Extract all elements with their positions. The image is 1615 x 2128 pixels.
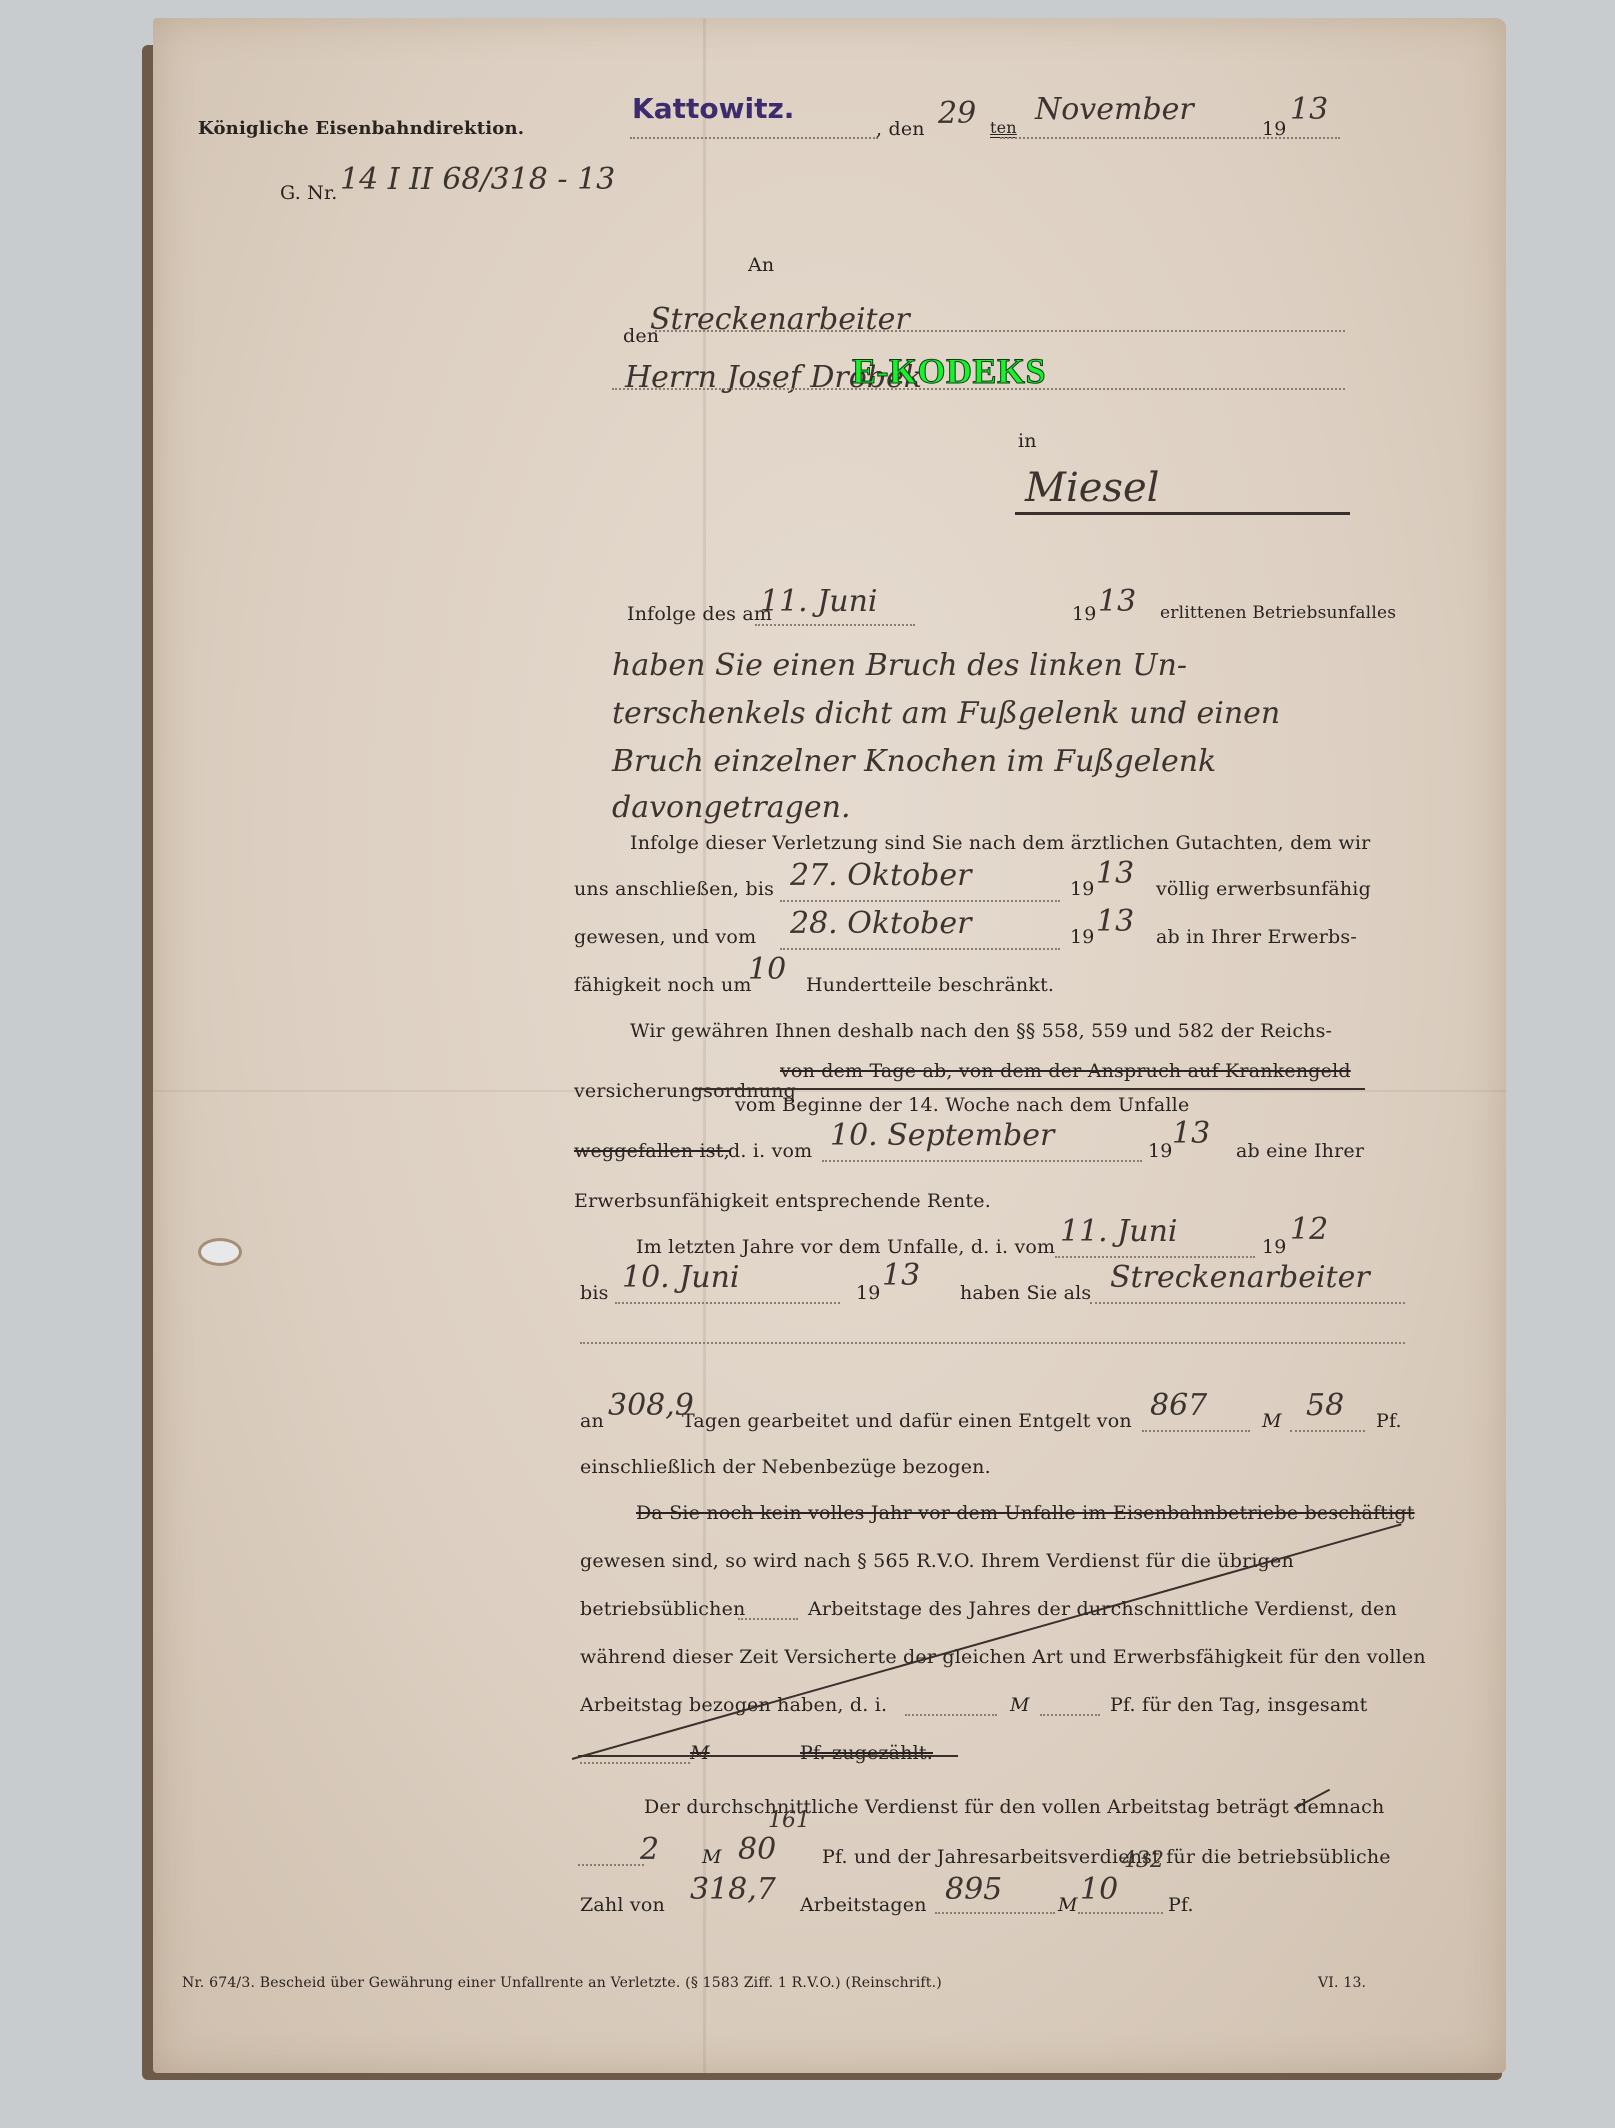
days-worked: 308,9 [608, 1388, 694, 1423]
period-to-line [615, 1302, 840, 1304]
fraction-line [695, 1088, 1365, 1090]
earnings-pf-line [1290, 1430, 1365, 1432]
place-underline [1015, 512, 1350, 515]
accident-date-line [755, 624, 915, 626]
blank-line [580, 1342, 1405, 1344]
daily-mark: 2 [640, 1832, 659, 1867]
from-date-line [780, 948, 1060, 950]
form-version: VI. 13. [1318, 1975, 1366, 1991]
mark-symbol: M [1262, 1410, 1282, 1432]
pf-label: Pf. [1376, 1410, 1402, 1432]
injury-line-3: Bruch einzelner Knochen im Fußgelenk [612, 744, 1216, 779]
p3-year-printed: 19 [1148, 1140, 1173, 1162]
p6-line1: Der durchschnittliche Verdienst für den … [644, 1796, 1384, 1818]
date-month: November [1035, 92, 1194, 127]
place-line [630, 137, 878, 139]
p1-suffix: erlittenen Betriebsunfalles [1160, 603, 1396, 623]
p5-mark-symbol: M [1010, 1694, 1030, 1716]
authority-heading: Königliche Eisenbahndirektion. [198, 118, 524, 139]
p5-line6-suffix: Pf. zugezählt. [800, 1742, 933, 1764]
from-date: 28. Oktober [790, 906, 971, 941]
date-year-written: 13 [1290, 92, 1328, 127]
to-label: An [748, 254, 774, 276]
p4-line3-prefix: an [580, 1410, 604, 1432]
p4-line2-prefix: bis [580, 1282, 609, 1304]
date-prefix: , den [876, 118, 925, 140]
p2-year-printed-1: 19 [1070, 878, 1095, 900]
until-year: 13 [1096, 856, 1134, 891]
worker-occupation: Streckenarbeiter [1110, 1260, 1370, 1295]
p1-year-written: 13 [1098, 584, 1136, 619]
from-year: 13 [1096, 904, 1134, 939]
annual-pf-fraction: 432 [1122, 1848, 1164, 1873]
p5-blank-pf [1040, 1714, 1100, 1716]
occupation-line [655, 330, 1345, 332]
pension-date-line [822, 1160, 1142, 1162]
p5-line5-suffix: Pf. für den Tag, insgesamt [1110, 1694, 1367, 1716]
reduction-percent: 10 [748, 952, 786, 987]
p2-line1: Infolge dieser Verletzung sind Sie nach … [630, 832, 1370, 854]
p2-year-printed-2: 19 [1070, 926, 1095, 948]
fold-crease-horizontal [153, 1090, 1506, 1092]
watermark-logo: E-KODEKS [852, 350, 1046, 392]
pension-date: 10. September [830, 1118, 1054, 1153]
file-number: 14 I II 68/318 - 13 [340, 162, 615, 197]
p6-line2-suffix: Pf. und der Jahresarbeitsverdienst für d… [822, 1846, 1391, 1868]
date-suffix: ten [990, 118, 1017, 137]
occupation-line-2 [1090, 1302, 1405, 1304]
p5-total-mark-symbol: M [690, 1742, 710, 1764]
p6-mark-symbol: M [702, 1846, 722, 1868]
period-to-date: 10. Juni [622, 1260, 740, 1295]
period-from-line [1055, 1256, 1255, 1258]
punch-hole [198, 1238, 242, 1266]
date-line [1000, 137, 1340, 139]
struck-clause: von dem Tage ab, von dem der Anspruch au… [780, 1060, 1351, 1082]
struck-clause-2: weggefallen ist, [574, 1140, 730, 1162]
p4-line1-prefix: Im letzten Jahre vor dem Unfalle, d. i. … [636, 1236, 1055, 1258]
alt-clause: vom Beginne der 14. Woche nach dem Unfal… [735, 1094, 1189, 1116]
p4-line3-mid: Tagen gearbeitet und dafür einen Entgelt… [682, 1410, 1132, 1432]
p1-year-printed: 19 [1072, 603, 1097, 625]
p6-mark-symbol-2: M [1058, 1894, 1078, 1916]
injury-line-1: haben Sie einen Bruch des linken Un- [612, 648, 1187, 683]
p2-line4-prefix: fähigkeit noch um [574, 974, 752, 996]
p2-line4-suffix: Hundertteile beschränkt. [806, 974, 1054, 996]
recipient-place: Miesel [1025, 465, 1159, 511]
until-date: 27. Oktober [790, 858, 971, 893]
p4-year-printed-2: 19 [856, 1282, 881, 1304]
p5-blank-total-mark [580, 1762, 690, 1764]
date-day: 29 [938, 96, 976, 131]
p6-pf-label: Pf. [1168, 1894, 1194, 1916]
p2-line2-suffix: völlig erwerbsunfähig [1156, 878, 1371, 900]
file-number-label: G. Nr. [280, 182, 337, 204]
period-to-year: 13 [882, 1258, 920, 1293]
p2-line3-suffix: ab in Ihrer Erwerbs- [1156, 926, 1357, 948]
daily-pf-fraction: 161 [768, 1808, 810, 1833]
p5-line3-prefix: betriebsüblichen [580, 1598, 745, 1620]
p2-line3-prefix: gewesen, und vom [574, 926, 756, 948]
in-label: in [1018, 430, 1037, 452]
p6-line3-prefix: Zahl von [580, 1894, 665, 1916]
annual-mark: 895 [945, 1872, 1002, 1907]
p3-line4: Erwerbsunfähigkeit entsprechende Rente. [574, 1190, 991, 1212]
earnings-mark: 867 [1150, 1388, 1207, 1423]
daily-mark-line [578, 1864, 644, 1866]
p2-line2-prefix: uns anschließen, bis [574, 878, 774, 900]
injury-line-2: terschenkels dicht am Fußgelenk und eine… [612, 696, 1280, 731]
daily-pf: 80 [738, 1832, 776, 1867]
p5-line1-struck: Da Sie noch kein volles Jahr vor dem Unf… [636, 1502, 1415, 1524]
p3-line1: Wir gewähren Ihnen deshalb nach den §§ 5… [630, 1020, 1332, 1042]
place-stamp: Kattowitz. [632, 92, 794, 125]
p4-line2-mid: haben Sie als [960, 1282, 1091, 1304]
earnings-mark-line [1142, 1430, 1250, 1432]
p5-blank-mark [905, 1714, 997, 1716]
annual-mark-line [935, 1912, 1055, 1914]
p5-blank-days [738, 1618, 798, 1620]
form-footer: Nr. 674/3. Bescheid über Gewährung einer… [182, 1975, 942, 1991]
earnings-pf: 58 [1306, 1388, 1344, 1423]
p6-line3-mid: Arbeitstagen [800, 1894, 927, 1916]
period-from-date: 11. Juni [1060, 1214, 1178, 1249]
until-date-line [780, 900, 1060, 902]
p4-line4: einschließlich der Nebenbezüge bezogen. [580, 1456, 991, 1478]
p3-line3-mid: d. i. vom [728, 1140, 812, 1162]
accident-date: 11. Juni [760, 584, 878, 619]
injury-line-4: davongetragen. [612, 790, 850, 825]
annual-pf: 10 [1080, 1872, 1118, 1907]
p5-line2: gewesen sind, so wird nach § 565 R.V.O. … [580, 1550, 1294, 1572]
pension-year: 13 [1172, 1116, 1210, 1151]
p5-line6-strike [578, 1755, 958, 1757]
annual-pf-line [1078, 1912, 1163, 1914]
workdays-count: 318,7 [690, 1872, 776, 1907]
p4-year-printed-1: 19 [1262, 1236, 1287, 1258]
p1-prefix: Infolge des am [627, 603, 772, 625]
period-from-year: 12 [1290, 1212, 1328, 1247]
p5-line4: während dieser Zeit Versicherte der glei… [580, 1646, 1426, 1668]
p3-line3-suffix: ab eine Ihrer [1236, 1140, 1364, 1162]
